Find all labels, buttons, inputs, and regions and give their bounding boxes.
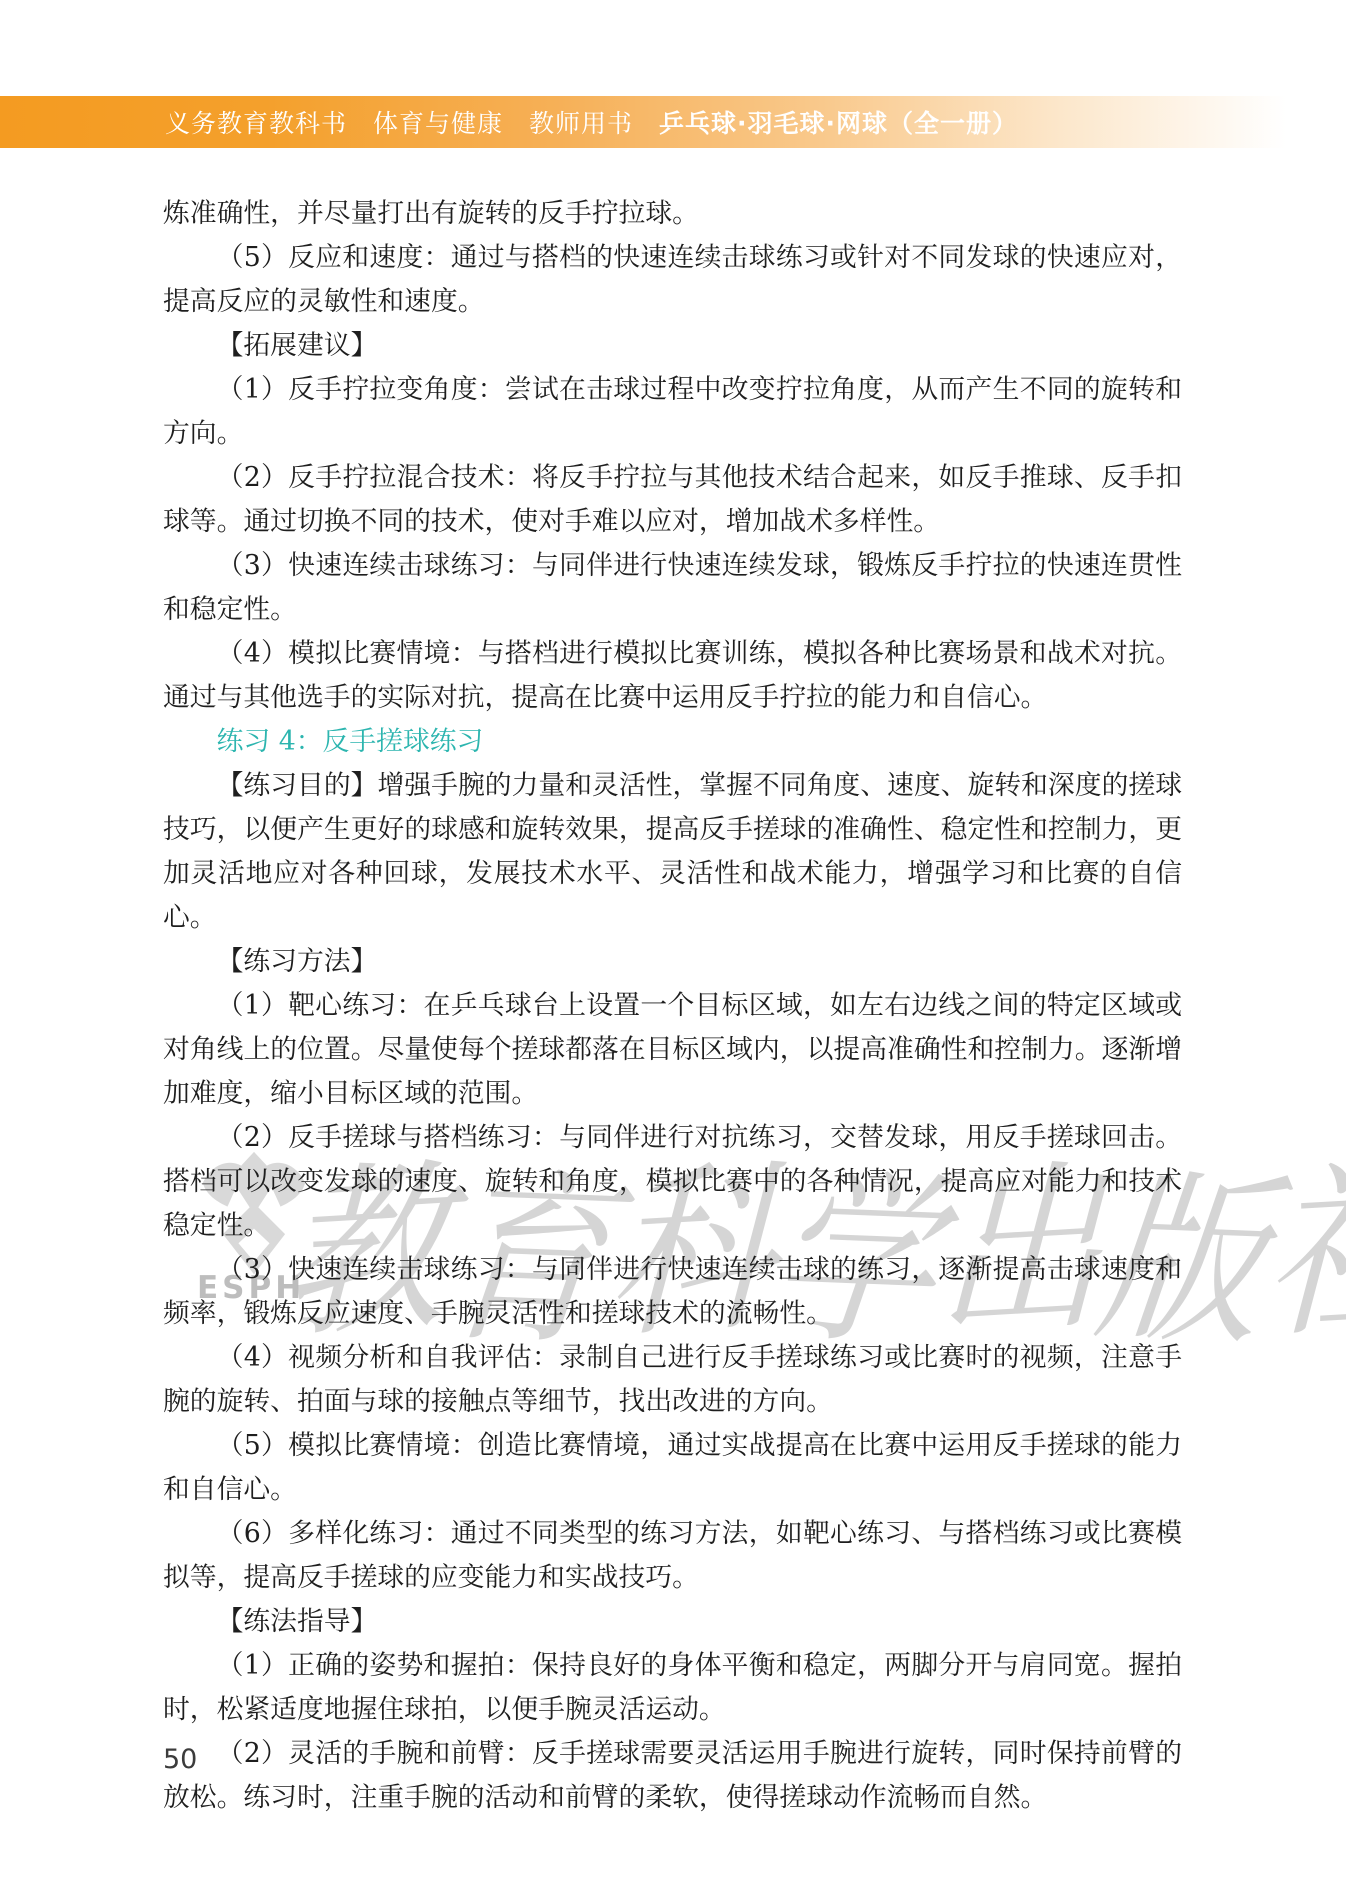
page-header-text: 义务教育教科书 体育与健康 教师用书 乒乓球·羽毛球·网球（全一册） (165, 104, 1018, 140)
textbook-page: 义务教育教科书 体育与健康 教师用书 乒乓球·羽毛球·网球（全一册） ESPH … (0, 0, 1346, 1885)
watermark-character: 社 (1261, 1099, 1346, 1373)
body-paragraph: （1）反手拧拉变角度：尝试在击球过程中改变拧拉角度，从而产生不同的旋转和方向。 (163, 368, 1182, 456)
body-paragraph: （1）靶心练习：在乒乓球台上设置一个目标区域，如左右边线之间的特定区域或对角线上… (163, 984, 1182, 1116)
header-book-title: 乒乓球·羽毛球·网球（全一册） (659, 104, 1018, 140)
page-number: 50 (163, 1744, 197, 1775)
body-paragraph: 【拓展建议】 (163, 324, 1182, 368)
body-paragraph: （3）快速连续击球练习：与同伴进行快速连续发球，锻炼反手拧拉的快速连贯性和稳定性… (163, 544, 1182, 632)
body-paragraph: 【练习方法】 (163, 940, 1182, 984)
header-subject: 体育与健康 (373, 104, 503, 140)
body-paragraph: （2）灵活的手腕和前臂：反手搓球需要灵活运用手腕进行旋转，同时保持前臂的放松。练… (163, 1732, 1182, 1820)
body-paragraph: 炼准确性，并尽量打出有旋转的反手拧拉球。 (163, 192, 1182, 236)
body-paragraph: （3）快速连续击球练习：与同伴进行快速连续击球的练习，逐渐提高击球速度和频率，锻… (163, 1248, 1182, 1336)
header-series: 义务教育教科书 (165, 104, 347, 140)
body-paragraph: （2）反手拧拉混合技术：将反手拧拉与其他技术结合起来，如反手推球、反手扣球等。通… (163, 456, 1182, 544)
page-header-bar: 义务教育教科书 体育与健康 教师用书 乒乓球·羽毛球·网球（全一册） (0, 96, 1326, 148)
body-paragraph: （5）反应和速度：通过与搭档的快速连续击球练习或针对不同发球的快速应对，提高反应… (163, 236, 1182, 324)
body-paragraph: （1）正确的姿势和握拍：保持良好的身体平衡和稳定，两脚分开与肩同宽。握拍时，松紧… (163, 1644, 1182, 1732)
body-paragraph: （6）多样化练习：通过不同类型的练习方法，如靶心练习、与搭档练习或比赛模拟等，提… (163, 1512, 1182, 1600)
body-paragraph: 【练习目的】增强手腕的力量和灵活性，掌握不同角度、速度、旋转和深度的搓球技巧，以… (163, 764, 1182, 940)
body-paragraph: （5）模拟比赛情境：创造比赛情境，通过实战提高在比赛中运用反手搓球的能力和自信心… (163, 1424, 1182, 1512)
header-edition: 教师用书 (529, 104, 633, 140)
page-body: 炼准确性，并尽量打出有旋转的反手拧拉球。（5）反应和速度：通过与搭档的快速连续击… (163, 192, 1182, 1820)
body-paragraph: （2）反手搓球与搭档练习：与同伴进行对抗练习，交替发球，用反手搓球回击。搭档可以… (163, 1116, 1182, 1248)
exercise-heading: 练习 4：反手搓球练习 (163, 720, 1182, 764)
body-paragraph: （4）视频分析和自我评估：录制自己进行反手搓球练习或比赛时的视频，注意手腕的旋转… (163, 1336, 1182, 1424)
body-paragraph: 【练法指导】 (163, 1600, 1182, 1644)
body-paragraph: （4）模拟比赛情境：与搭档进行模拟比赛训练，模拟各种比赛场景和战术对抗。通过与其… (163, 632, 1182, 720)
